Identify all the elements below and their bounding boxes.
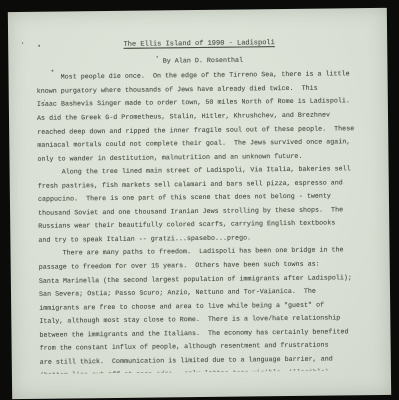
document-page: The Ellis Island of 1990 - Ladispoli * B…	[8, 8, 391, 399]
scan-speck	[22, 42, 23, 44]
byline-text: By Alan D. Rosenthal	[159, 56, 243, 65]
document-title-text: The Ellis Island of 1990 - Ladispoli	[124, 39, 275, 49]
paragraph-1: Most people die once. On the edge of the…	[36, 68, 363, 167]
typewritten-content: The Ellis Island of 1990 - Ladispoli * B…	[36, 36, 366, 374]
paragraph-2: Along the tree lined main street of Ladi…	[38, 163, 365, 248]
byline: * By Alan D. Rosenthal	[36, 50, 362, 70]
paragraph-3: There are many paths to freedom. Ladispo…	[38, 245, 365, 371]
scan-background: The Ellis Island of 1990 - Ladispoli * B…	[0, 0, 399, 400]
